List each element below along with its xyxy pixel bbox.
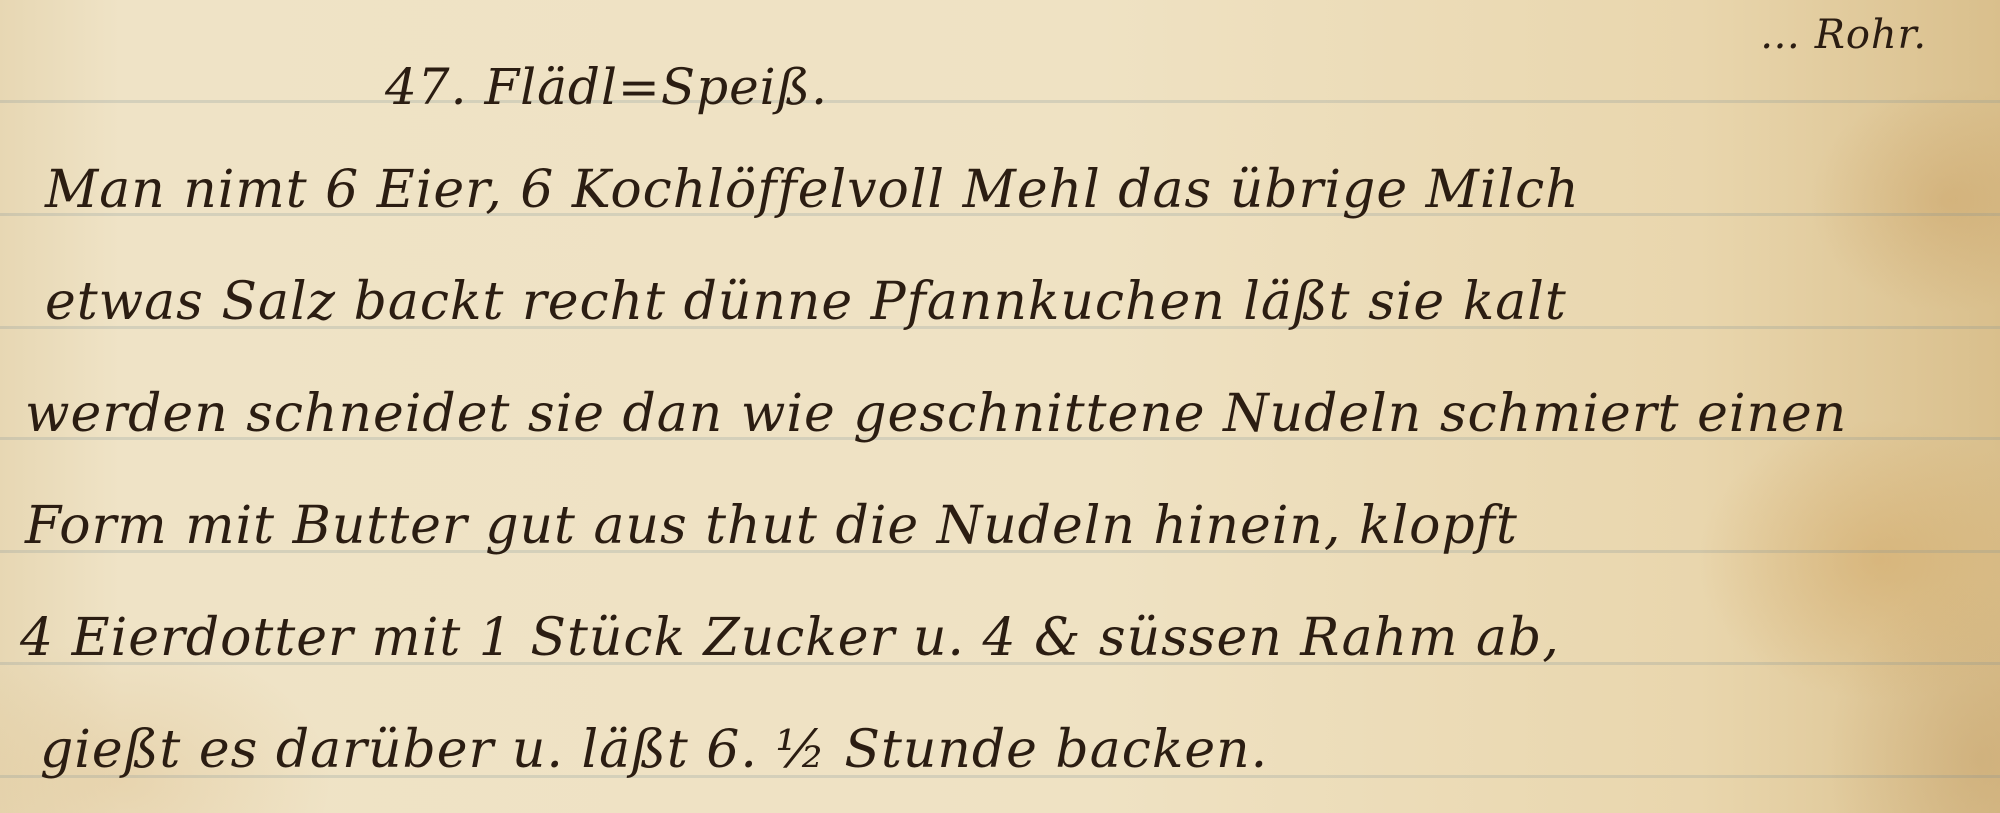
recipe-number: 47. bbox=[385, 58, 468, 116]
recipe-line-6: gießt es darüber u. läßt 6. ½ Stunde bac… bbox=[40, 720, 1268, 780]
recipe-title: Flädl=Speiß. bbox=[484, 58, 828, 116]
recipe-heading: 47. Flädl=Speiß. bbox=[385, 58, 828, 116]
recipe-line-5: 4 Eierdotter mit 1 Stück Zucker u. 4 & s… bbox=[20, 608, 1560, 668]
recipe-line-3: werden schneidet sie dan wie geschnitten… bbox=[25, 384, 1847, 444]
ruled-line bbox=[0, 100, 2000, 103]
manuscript-page: … Rohr. 47. Flädl=Speiß. Man nimt 6 Eier… bbox=[0, 0, 2000, 813]
recipe-line-2: etwas Salz backt recht dünne Pfannkuchen… bbox=[45, 272, 1567, 332]
recipe-line-1: Man nimt 6 Eier, 6 Kochlöffelvoll Mehl d… bbox=[45, 160, 1580, 220]
recipe-line-4: Form mit Butter gut aus thut die Nudeln … bbox=[25, 496, 1518, 556]
previous-recipe-fragment: … Rohr. bbox=[1760, 12, 1927, 58]
